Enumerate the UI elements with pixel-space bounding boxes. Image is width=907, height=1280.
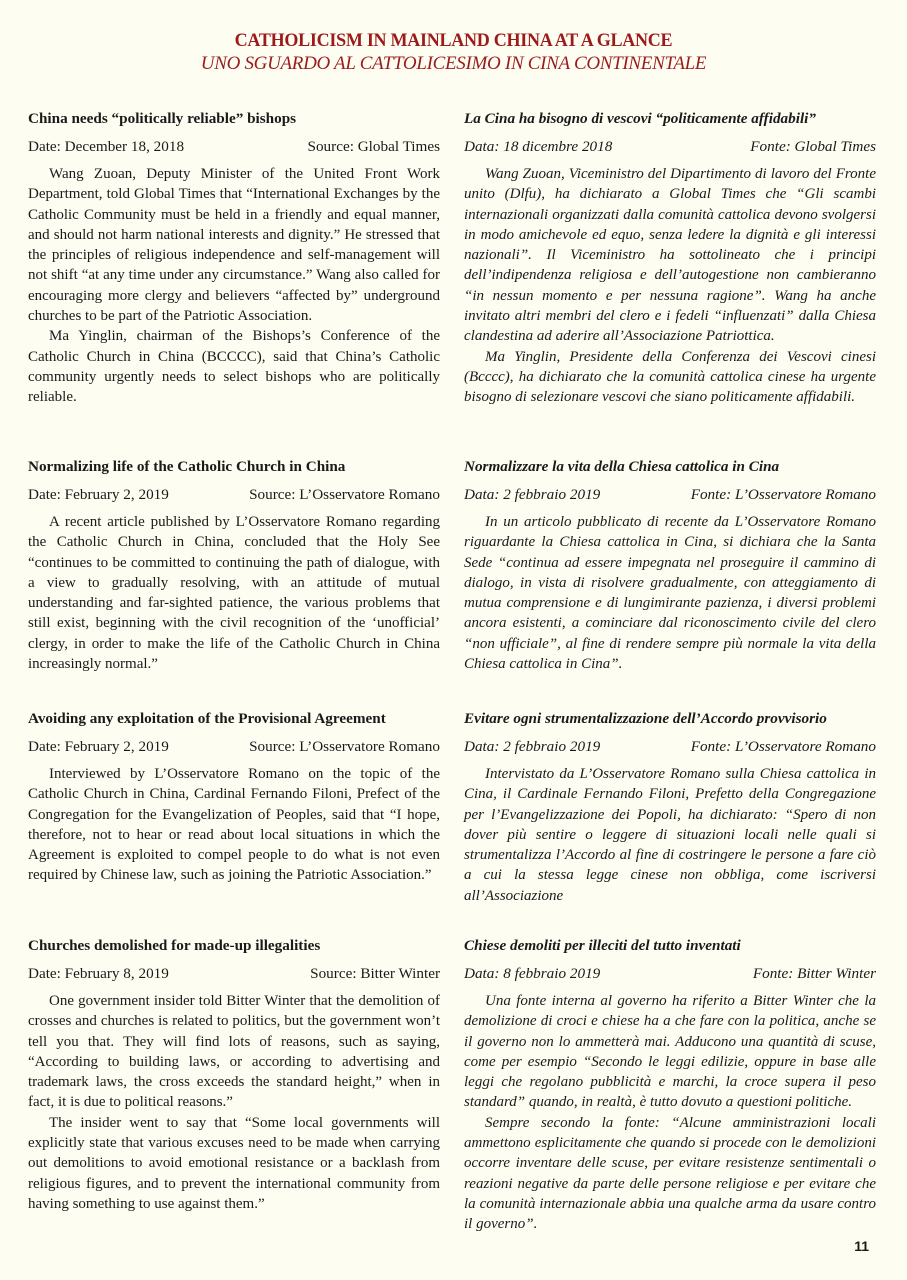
article-body: Wang Zuoan, Deputy Minister of the Unite… [28, 164, 440, 408]
article-date: Date: December 18, 2018 [28, 136, 184, 158]
page-number: 11 [854, 1238, 869, 1254]
article-title: Avoiding any exploitation of the Provisi… [28, 708, 440, 730]
article-it-4: Chiese demoliti per illeciti del tutto i… [464, 935, 876, 1235]
article-it-1: La Cina ha bisogno di vescovi “politicam… [464, 108, 876, 408]
article-it-3: Evitare ogni strumentalizzazione dell’Ac… [464, 708, 876, 906]
article-meta: Date: December 18, 2018 Source: Global T… [28, 136, 440, 158]
article-source: Source: Bitter Winter [310, 963, 440, 985]
article-date: Date: February 8, 2019 [28, 963, 169, 985]
article-source: Fonte: Bitter Winter [753, 963, 876, 985]
article-body: One government insider told Bitter Winte… [28, 991, 440, 1214]
article-source: Source: Global Times [308, 136, 440, 158]
page-title-italian: UNO SGUARDO AL CATTOLICESIMO IN CINA CON… [0, 52, 907, 76]
paragraph: Wang Zuoan, Deputy Minister of the Unite… [28, 164, 440, 326]
paragraph: One government insider told Bitter Winte… [28, 991, 440, 1113]
article-meta: Date: February 2, 2019 Source: L’Osserva… [28, 736, 440, 758]
paragraph: The insider went to say that “Some local… [28, 1113, 440, 1214]
paragraph: Interviewed by L’Osservatore Romano on t… [28, 764, 440, 886]
paragraph: Wang Zuoan, Viceministro del Dipartiment… [464, 164, 876, 347]
article-source: Fonte: L’Osservatore Romano [691, 484, 876, 506]
article-en-2: Normalizing life of the Catholic Church … [28, 456, 440, 674]
article-title: Normalizzare la vita della Chiesa cattol… [464, 456, 876, 478]
article-title: La Cina ha bisogno di vescovi “politicam… [464, 108, 876, 130]
article-date: Date: February 2, 2019 [28, 736, 169, 758]
article-meta: Data: 2 febbraio 2019 Fonte: L’Osservato… [464, 484, 876, 506]
article-meta: Data: 2 febbraio 2019 Fonte: L’Osservato… [464, 736, 876, 758]
article-en-4: Churches demolished for made-up illegali… [28, 935, 440, 1214]
paragraph: Intervistato da L’Osservatore Romano sul… [464, 764, 876, 906]
article-date: Data: 2 febbraio 2019 [464, 736, 600, 758]
article-source: Fonte: Global Times [750, 136, 876, 158]
article-source: Fonte: L’Osservatore Romano [691, 736, 876, 758]
article-meta: Data: 18 dicembre 2018 Fonte: Global Tim… [464, 136, 876, 158]
article-date: Date: February 2, 2019 [28, 484, 169, 506]
article-body: A recent article published by L’Osservat… [28, 512, 440, 674]
page-title-english: CATHOLICISM IN MAINLAND CHINA AT A GLANC… [23, 30, 885, 52]
article-date: Data: 2 febbraio 2019 [464, 484, 600, 506]
article-source: Source: L’Osservatore Romano [249, 484, 440, 506]
article-title: Churches demolished for made-up illegali… [28, 935, 440, 957]
article-date: Data: 18 dicembre 2018 [464, 136, 612, 158]
article-meta: Data: 8 febbraio 2019 Fonte: Bitter Wint… [464, 963, 876, 985]
article-body: Wang Zuoan, Viceministro del Dipartiment… [464, 164, 876, 408]
article-body: Una fonte interna al governo ha riferito… [464, 991, 876, 1235]
paragraph: A recent article published by L’Osservat… [28, 512, 440, 674]
article-body: Interviewed by L’Osservatore Romano on t… [28, 764, 440, 886]
paragraph: Ma Yinglin, Presidente della Conferenza … [464, 347, 876, 408]
article-meta: Date: February 8, 2019 Source: Bitter Wi… [28, 963, 440, 985]
page-header: CATHOLICISM IN MAINLAND CHINA AT A GLANC… [0, 30, 907, 76]
paragraph: Ma Yinglin, chairman of the Bishops’s Co… [28, 326, 440, 407]
article-body: Intervistato da L’Osservatore Romano sul… [464, 764, 876, 906]
article-date: Data: 8 febbraio 2019 [464, 963, 600, 985]
paragraph: In un articolo pubblicato di recente da … [464, 512, 876, 674]
article-en-3: Avoiding any exploitation of the Provisi… [28, 708, 440, 886]
article-it-2: Normalizzare la vita della Chiesa cattol… [464, 456, 876, 674]
paragraph: Una fonte interna al governo ha riferito… [464, 991, 876, 1113]
article-title: Normalizing life of the Catholic Church … [28, 456, 440, 478]
paragraph: Sempre secondo la fonte: “Alcune amminis… [464, 1113, 876, 1235]
article-en-1: China needs “politically reliable” bisho… [28, 108, 440, 408]
article-meta: Date: February 2, 2019 Source: L’Osserva… [28, 484, 440, 506]
article-title: China needs “politically reliable” bisho… [28, 108, 440, 130]
article-title: Chiese demoliti per illeciti del tutto i… [464, 935, 876, 957]
article-source: Source: L’Osservatore Romano [249, 736, 440, 758]
article-title: Evitare ogni strumentalizzazione dell’Ac… [464, 708, 876, 730]
article-body: In un articolo pubblicato di recente da … [464, 512, 876, 674]
